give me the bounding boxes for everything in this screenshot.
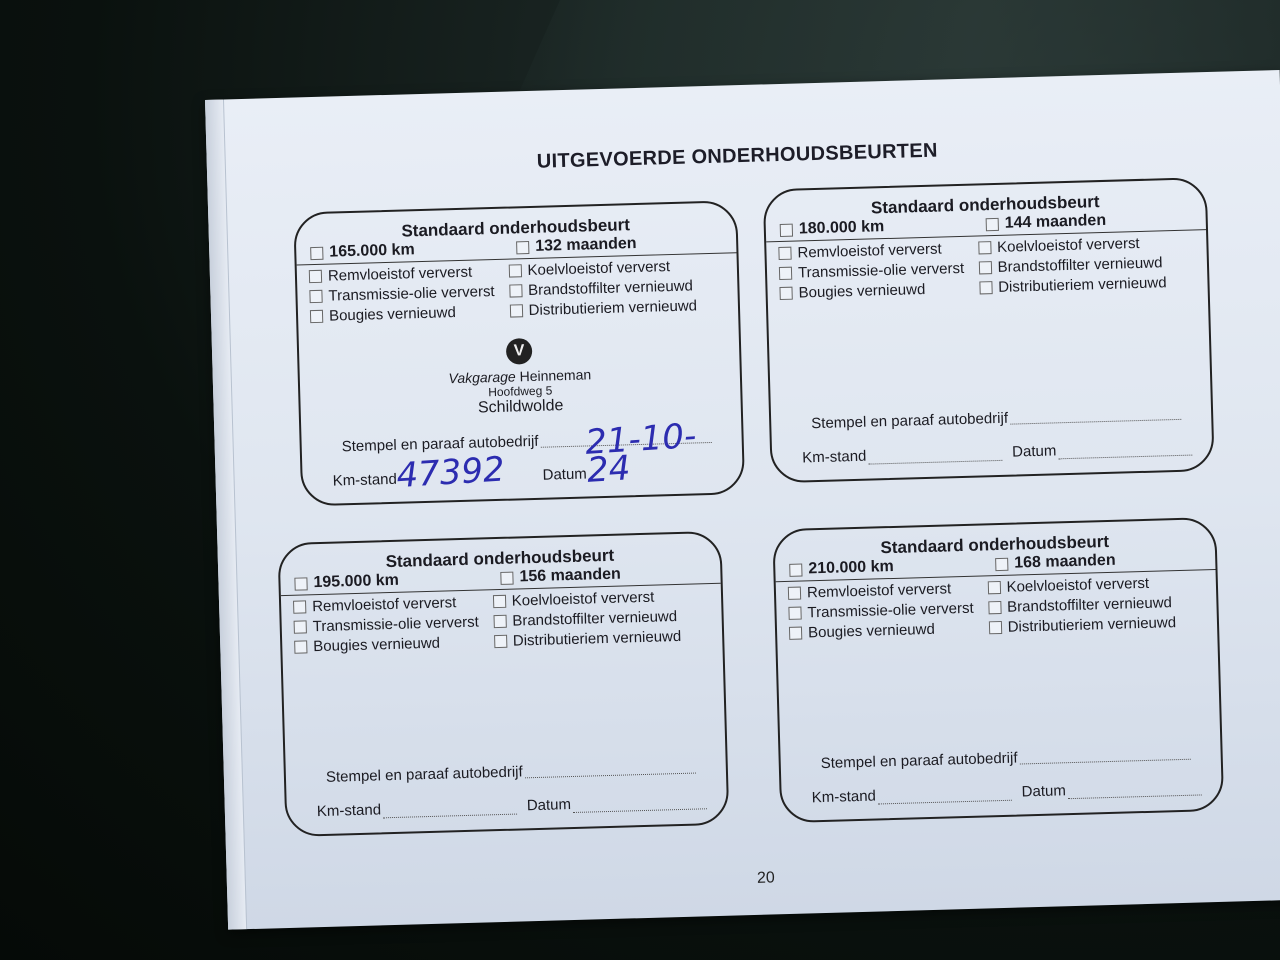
task-label: Remvloeistof ververst (328, 264, 473, 285)
km-date-line: Km-stand 47392 Datum 21-10-24 (331, 423, 722, 490)
task-checkbox[interactable] (309, 290, 322, 303)
task-label: Distributieriem vernieuwd (1007, 614, 1176, 636)
task-checkbox[interactable] (978, 241, 991, 254)
task-item: Transmissie-olie ververst (788, 599, 988, 622)
service-card-2: Standaard onderhoudsbeurt 180.000 km 144… (763, 177, 1215, 483)
datum-label: Datum (1021, 782, 1066, 800)
km-checkbox[interactable] (789, 563, 802, 576)
signature-field[interactable] (1019, 745, 1191, 765)
task-item: Distributieriem vernieuwd (979, 273, 1196, 296)
garage-stamp: VVakgarage HeinnemanHoofdweg 5Schildwold… (299, 332, 741, 422)
km-date-line: Km-stand Datum (802, 439, 1192, 467)
task-label: Transmissie-olie ververst (328, 283, 495, 305)
km-stand-handwritten[interactable]: 47392 (396, 454, 533, 490)
task-label: Distributieriem vernieuwd (528, 297, 697, 319)
service-card-3: Standaard onderhoudsbeurt 195.000 km 156… (277, 531, 729, 837)
km-checkbox[interactable] (294, 577, 307, 590)
task-checkbox[interactable] (989, 621, 1002, 634)
stamp-signature-label: Stempel en paraaf autobedrijf (811, 410, 1008, 432)
page-heading: UITGEVOERDE ONDERHOUDSBEURTEN (537, 140, 938, 174)
months-checkbox[interactable] (995, 557, 1008, 570)
km-label: 195.000 km (313, 572, 399, 592)
task-checkbox[interactable] (788, 587, 801, 600)
task-checkbox[interactable] (294, 640, 307, 653)
stamp-signature-label: Stempel en paraaf autobedrijf (821, 750, 1018, 772)
task-checkbox[interactable] (508, 264, 521, 277)
task-item: Bougies vernieuwd (294, 633, 494, 656)
task-item: Koelvloeistof ververst (508, 257, 725, 280)
task-label: Brandstoffilter vernieuwd (528, 277, 693, 299)
months-checkbox[interactable] (516, 241, 529, 254)
task-label: Koelvloeistof ververst (527, 258, 670, 279)
task-checkbox[interactable] (293, 600, 306, 613)
task-label: Remvloeistof ververst (797, 240, 942, 261)
task-list: Remvloeistof ververstKoelvloeistof verve… (281, 584, 723, 659)
datum-label: Datum (1012, 442, 1057, 460)
task-label: Koelvloeistof ververst (512, 589, 655, 610)
task-item: Transmissie-olie ververst (779, 259, 979, 282)
task-label: Bougies vernieuwd (798, 281, 925, 302)
task-checkbox[interactable] (493, 595, 506, 608)
task-item: Remvloeistof ververst (788, 579, 988, 602)
task-item: Remvloeistof ververst (778, 239, 978, 262)
service-card-1: Standaard onderhoudsbeurt 165.000 km 132… (293, 200, 745, 506)
page-number: 20 (757, 869, 775, 887)
datum-field[interactable] (1068, 780, 1202, 799)
km-label: 165.000 km (329, 241, 415, 261)
task-label: Distributieriem vernieuwd (513, 628, 682, 650)
datum-label: Datum (527, 796, 572, 814)
task-label: Bougies vernieuwd (313, 635, 440, 656)
task-checkbox[interactable] (779, 287, 792, 300)
task-label: Transmissie-olie ververst (798, 260, 965, 282)
km-checkbox[interactable] (310, 246, 323, 259)
task-label: Brandstoffilter vernieuwd (512, 608, 677, 630)
km-label: 210.000 km (808, 558, 894, 578)
signature-field[interactable] (524, 759, 696, 779)
task-label: Koelvloeistof ververst (997, 235, 1140, 256)
signature-field[interactable] (1010, 405, 1182, 425)
task-item: Brandstoffilter vernieuwd (509, 277, 726, 300)
datum-field[interactable] (1058, 441, 1192, 460)
datum-label: Datum (542, 465, 587, 483)
km-label: 180.000 km (799, 218, 885, 238)
task-checkbox[interactable] (979, 281, 992, 294)
task-checkbox[interactable] (987, 581, 1000, 594)
task-label: Koelvloeistof ververst (1006, 575, 1149, 596)
garage-logo-icon: V (506, 338, 533, 365)
months-checkbox[interactable] (500, 571, 513, 584)
stamp-signature-line: Stempel en paraaf autobedrijf (811, 405, 1181, 432)
task-item: Distributieriem vernieuwd (494, 627, 711, 650)
task-label: Bougies vernieuwd (808, 621, 935, 642)
task-checkbox[interactable] (510, 304, 523, 317)
km-stand-field[interactable] (383, 800, 517, 819)
task-item: Bougies vernieuwd (779, 279, 979, 302)
months-label: 144 maanden (1005, 212, 1107, 233)
km-stand-label: Km-stand (802, 448, 867, 467)
task-checkbox[interactable] (779, 267, 792, 280)
task-checkbox[interactable] (978, 261, 991, 274)
months-label: 168 maanden (1014, 552, 1116, 573)
stamp-signature-label: Stempel en paraaf autobedrijf (326, 763, 523, 785)
task-item: Bougies vernieuwd (310, 303, 510, 326)
task-list: Remvloeistof ververstKoelvloeistof verve… (766, 230, 1208, 305)
km-checkbox[interactable] (780, 223, 793, 236)
task-item: Koelvloeistof ververst (987, 573, 1204, 596)
task-item: Koelvloeistof ververst (493, 587, 710, 610)
task-label: Remvloeistof ververst (312, 594, 457, 615)
task-item: Brandstoffilter vernieuwd (493, 607, 710, 630)
page-edge (205, 99, 247, 929)
datum-field[interactable] (573, 794, 707, 813)
task-label: Bougies vernieuwd (329, 304, 456, 325)
task-label: Distributieriem vernieuwd (998, 274, 1167, 296)
task-item: Remvloeistof ververst (309, 263, 509, 286)
task-list: Remvloeistof ververstKoelvloeistof verve… (297, 253, 739, 328)
task-item: Transmissie-olie ververst (309, 283, 509, 306)
months-label: 132 maanden (535, 235, 637, 256)
km-stand-label: Km-stand (332, 471, 397, 490)
task-item: Bougies vernieuwd (789, 619, 989, 642)
task-checkbox[interactable] (294, 620, 307, 633)
stamp-signature-line: Stempel en paraaf autobedrijf (326, 759, 696, 786)
months-label: 156 maanden (519, 566, 621, 587)
task-label: Transmissie-olie ververst (807, 600, 974, 622)
datum-handwritten[interactable]: 21-10-24 (585, 420, 724, 484)
task-item: Remvloeistof ververst (293, 593, 493, 616)
maintenance-booklet-page: UITGEVOERDE ONDERHOUDSBEURTEN Standaard … (205, 70, 1280, 930)
task-item: Brandstoffilter vernieuwd (978, 253, 1195, 276)
task-item: Distributieriem vernieuwd (988, 613, 1205, 636)
service-card-4: Standaard onderhoudsbeurt 210.000 km 168… (772, 517, 1224, 823)
task-checkbox[interactable] (509, 284, 522, 297)
task-label: Brandstoffilter vernieuwd (1007, 594, 1172, 616)
task-checkbox[interactable] (310, 310, 323, 323)
task-label: Transmissie-olie ververst (313, 614, 480, 636)
task-list: Remvloeistof ververstKoelvloeistof verve… (776, 570, 1218, 645)
stamp-signature-line: Stempel en paraaf autobedrijf (821, 745, 1191, 772)
task-checkbox[interactable] (493, 615, 506, 628)
km-stand-field[interactable] (878, 786, 1012, 805)
task-label: Brandstoffilter vernieuwd (997, 254, 1162, 276)
km-date-line: Km-stand Datum (811, 778, 1201, 806)
task-checkbox[interactable] (788, 607, 801, 620)
km-date-line: Km-stand Datum (317, 792, 707, 820)
task-item: Distributieriem vernieuwd (509, 297, 726, 320)
task-item: Brandstoffilter vernieuwd (988, 593, 1205, 616)
task-checkbox[interactable] (778, 247, 791, 260)
task-item: Transmissie-olie ververst (294, 613, 494, 636)
months-checkbox[interactable] (986, 217, 999, 230)
task-checkbox[interactable] (789, 627, 802, 640)
task-item: Koelvloeistof ververst (978, 233, 1195, 256)
task-checkbox[interactable] (494, 635, 507, 648)
km-stand-label: Km-stand (317, 801, 382, 820)
task-label: Remvloeistof ververst (807, 580, 952, 601)
task-checkbox[interactable] (988, 601, 1001, 614)
task-checkbox[interactable] (309, 270, 322, 283)
km-stand-field[interactable] (868, 446, 1002, 465)
km-stand-label: Km-stand (811, 788, 876, 807)
